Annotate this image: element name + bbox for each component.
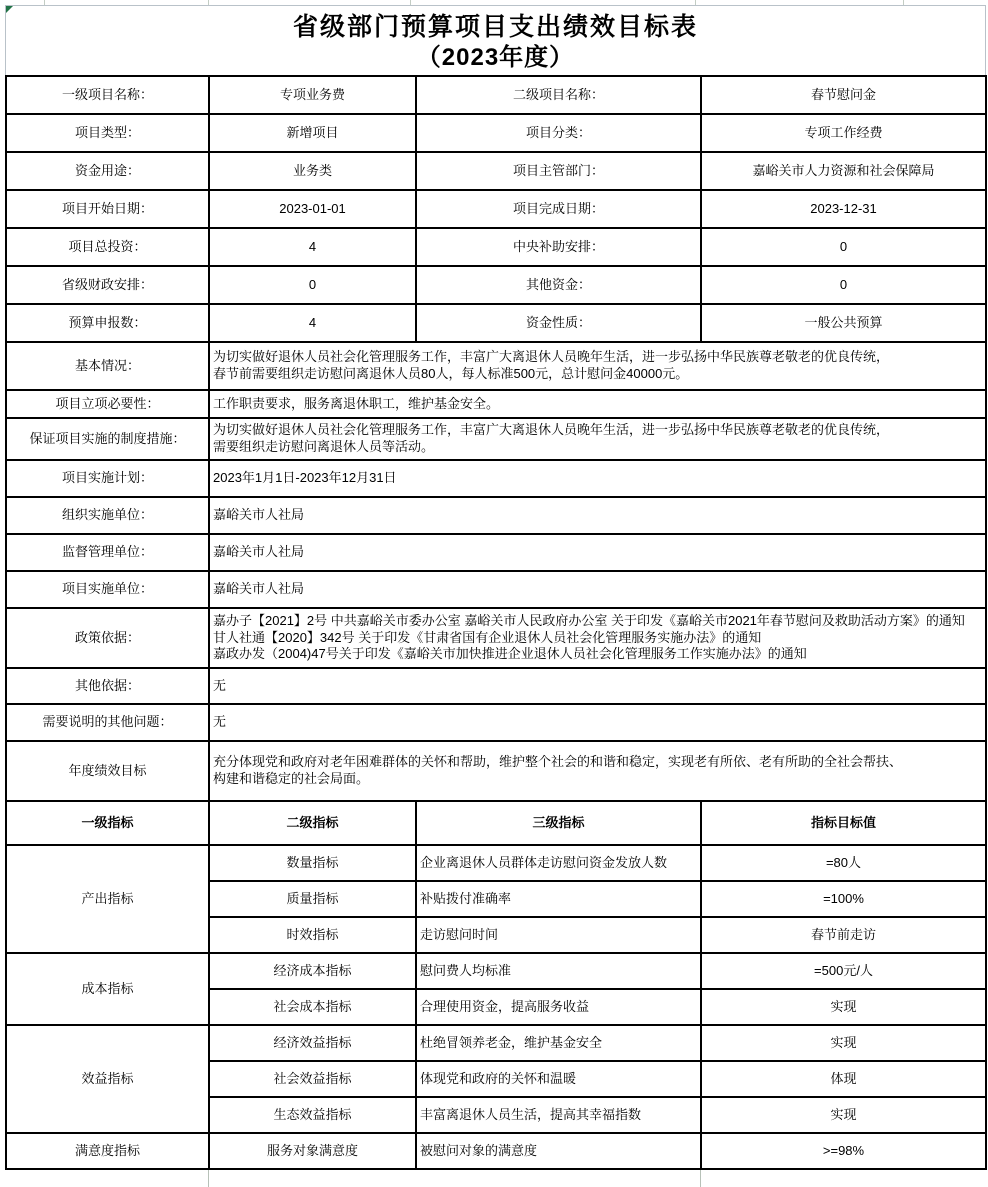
info-value-cell: 专项业务费 bbox=[209, 76, 416, 114]
indicator-target-cell: =80人 bbox=[701, 845, 986, 881]
info-label-cell: 项目开始日期： bbox=[6, 190, 209, 228]
indicator-level1-cell: 效益指标 bbox=[6, 1025, 209, 1133]
table-row: 资金用途：业务类项目主管部门：嘉峪关市人力资源和社会保障局 bbox=[6, 152, 986, 190]
indicator-target-cell: 春节前走访 bbox=[701, 917, 986, 953]
indicator-level1-cell: 满意度指标 bbox=[6, 1133, 209, 1169]
table-row: 保证项目实施的制度措施：为切实做好退休人员社会化管理服务工作，丰富广大离退休人员… bbox=[6, 418, 986, 460]
page-subtitle-year: （2023年度） bbox=[6, 43, 985, 73]
text-line: 嘉办子【2021】2号 中共嘉峪关市委办公室 嘉峪关市人民政府办公室 关于印发《… bbox=[213, 613, 982, 630]
info-label-cell: 项目总投资： bbox=[6, 228, 209, 266]
indicator-level3-cell: 企业离退休人员群体走访慰问资金发放人数 bbox=[416, 845, 701, 881]
indicator-level3-cell: 丰富离退休人员生活，提高其幸福指数 bbox=[416, 1097, 701, 1133]
indicator-header-cell: 一级指标 bbox=[6, 801, 209, 845]
detail-content-cell: 为切实做好退休人员社会化管理服务工作，丰富广大离退休人员晚年生活，进一步弘扬中华… bbox=[209, 418, 986, 460]
info-label-cell: 中央补助安排： bbox=[416, 228, 701, 266]
info-value-cell: 一般公共预算 bbox=[701, 304, 986, 342]
detail-label-cell: 基本情况： bbox=[6, 342, 209, 390]
table-row: 一级项目名称：专项业务费二级项目名称：春节慰问金 bbox=[6, 76, 986, 114]
detail-content-cell: 嘉峪关市人社局 bbox=[209, 497, 986, 534]
info-label-cell: 项目类型： bbox=[6, 114, 209, 152]
indicator-level2-cell: 经济效益指标 bbox=[209, 1025, 416, 1061]
indicator-target-cell: =500元/人 bbox=[701, 953, 986, 989]
info-value-cell: 4 bbox=[209, 228, 416, 266]
indicator-target-cell: =100% bbox=[701, 881, 986, 917]
table-row: 成本指标经济成本指标慰问费人均标准=500元/人 bbox=[6, 953, 986, 989]
text-line: 甘人社通【2020】342号 关于印发《甘肃省国有企业退休人员社会化管理服务实施… bbox=[213, 630, 982, 647]
table-row: 其他依据：无 bbox=[6, 668, 986, 704]
indicator-level2-cell: 时效指标 bbox=[209, 917, 416, 953]
detail-content-cell: 充分体现党和政府对老年困难群体的关怀和帮助，维护整个社会的和谐和稳定，实现老有所… bbox=[209, 741, 986, 801]
indicator-target-cell: 体现 bbox=[701, 1061, 986, 1097]
info-value-cell: 业务类 bbox=[209, 152, 416, 190]
spreadsheet-page: 省级部门预算项目支出绩效目标表 （2023年度） 一级项目名称：专项业务费二级项… bbox=[0, 0, 988, 1187]
detail-label-cell: 项目实施计划： bbox=[6, 460, 209, 497]
indicator-level3-cell: 杜绝冒领养老金，维护基金安全 bbox=[416, 1025, 701, 1061]
indicator-level3-cell: 走访慰问时间 bbox=[416, 917, 701, 953]
info-label-cell: 资金性质： bbox=[416, 304, 701, 342]
table-row: 项目实施单位：嘉峪关市人社局 bbox=[6, 571, 986, 608]
table-row: 满意度指标服务对象满意度被慰问对象的满意度>=98% bbox=[6, 1133, 986, 1169]
info-label-cell: 二级项目名称： bbox=[416, 76, 701, 114]
text-line: 为切实做好退休人员社会化管理服务工作，丰富广大离退休人员晚年生活，进一步弘扬中华… bbox=[213, 422, 982, 439]
detail-label-cell: 其他依据： bbox=[6, 668, 209, 704]
table-row: 需要说明的其他问题：无 bbox=[6, 704, 986, 741]
text-line: 嘉峪关市人社局 bbox=[213, 544, 982, 561]
indicator-target-cell: 实现 bbox=[701, 1025, 986, 1061]
detail-label-cell: 政策依据： bbox=[6, 608, 209, 668]
indicator-level3-cell: 体现党和政府的关怀和温暖 bbox=[416, 1061, 701, 1097]
indicator-level3-cell: 补贴拨付准确率 bbox=[416, 881, 701, 917]
text-line: 无 bbox=[213, 714, 982, 731]
table-row: 组织实施单位：嘉峪关市人社局 bbox=[6, 497, 986, 534]
info-value-cell: 嘉峪关市人力资源和社会保障局 bbox=[701, 152, 986, 190]
detail-content-cell: 为切实做好退休人员社会化管理服务工作，丰富广大离退休人员晚年生活，进一步弘扬中华… bbox=[209, 342, 986, 390]
text-line: 工作职责要求，服务离退休职工，维护基金安全。 bbox=[213, 396, 982, 413]
detail-label-cell: 项目立项必要性： bbox=[6, 390, 209, 418]
gridline-stub bbox=[208, 1170, 209, 1187]
info-value-cell: 专项工作经费 bbox=[701, 114, 986, 152]
info-value-cell: 4 bbox=[209, 304, 416, 342]
table-row: 项目开始日期：2023-01-01项目完成日期：2023-12-31 bbox=[6, 190, 986, 228]
table-row: 效益指标经济效益指标杜绝冒领养老金，维护基金安全实现 bbox=[6, 1025, 986, 1061]
indicator-level2-cell: 社会成本指标 bbox=[209, 989, 416, 1025]
detail-content-cell: 无 bbox=[209, 668, 986, 704]
detail-label-cell: 年度绩效目标 bbox=[6, 741, 209, 801]
table-row: 产出指标数量指标企业离退休人员群体走访慰问资金发放人数=80人 bbox=[6, 845, 986, 881]
performance-target-table: 一级项目名称：专项业务费二级项目名称：春节慰问金项目类型：新增项目项目分类：专项… bbox=[5, 75, 987, 1170]
indicator-header-cell: 指标目标值 bbox=[701, 801, 986, 845]
table-row: 项目总投资：4中央补助安排：0 bbox=[6, 228, 986, 266]
indicator-header-cell: 三级指标 bbox=[416, 801, 701, 845]
indicator-level1-cell: 产出指标 bbox=[6, 845, 209, 953]
detail-label-cell: 组织实施单位： bbox=[6, 497, 209, 534]
text-line: 充分体现党和政府对老年困难群体的关怀和帮助，维护整个社会的和谐和稳定，实现老有所… bbox=[213, 754, 982, 771]
text-line: 需要组织走访慰问离退休人员等活动。 bbox=[213, 439, 982, 456]
table-row: 项目立项必要性：工作职责要求，服务离退休职工，维护基金安全。 bbox=[6, 390, 986, 418]
table-row: 年度绩效目标充分体现党和政府对老年困难群体的关怀和帮助，维护整个社会的和谐和稳定… bbox=[6, 741, 986, 801]
info-label-cell: 项目完成日期： bbox=[416, 190, 701, 228]
table-row: 预算申报数：4资金性质：一般公共预算 bbox=[6, 304, 986, 342]
table-row: 政策依据：嘉办子【2021】2号 中共嘉峪关市委办公室 嘉峪关市人民政府办公室 … bbox=[6, 608, 986, 668]
text-line: 构建和谐稳定的社会局面。 bbox=[213, 771, 982, 788]
indicator-level3-cell: 合理使用资金，提高服务收益 bbox=[416, 989, 701, 1025]
detail-content-cell: 嘉办子【2021】2号 中共嘉峪关市委办公室 嘉峪关市人民政府办公室 关于印发《… bbox=[209, 608, 986, 668]
indicator-level1-cell: 成本指标 bbox=[6, 953, 209, 1025]
info-label-cell: 省级财政安排： bbox=[6, 266, 209, 304]
table-row: 项目类型：新增项目项目分类：专项工作经费 bbox=[6, 114, 986, 152]
indicator-level2-cell: 经济成本指标 bbox=[209, 953, 416, 989]
indicator-target-cell: >=98% bbox=[701, 1133, 986, 1169]
indicator-target-cell: 实现 bbox=[701, 1097, 986, 1133]
info-value-cell: 0 bbox=[701, 266, 986, 304]
gridline-stub bbox=[700, 1170, 701, 1187]
indicator-level3-cell: 慰问费人均标准 bbox=[416, 953, 701, 989]
detail-content-cell: 2023年1月1日-2023年12月31日 bbox=[209, 460, 986, 497]
indicator-level2-cell: 质量指标 bbox=[209, 881, 416, 917]
info-value-cell: 新增项目 bbox=[209, 114, 416, 152]
detail-label-cell: 需要说明的其他问题： bbox=[6, 704, 209, 741]
table-row: 省级财政安排：0其他资金：0 bbox=[6, 266, 986, 304]
detail-content-cell: 工作职责要求，服务离退休职工，维护基金安全。 bbox=[209, 390, 986, 418]
indicator-header-cell: 二级指标 bbox=[209, 801, 416, 845]
detail-label-cell: 项目实施单位： bbox=[6, 571, 209, 608]
detail-content-cell: 嘉峪关市人社局 bbox=[209, 571, 986, 608]
info-value-cell: 0 bbox=[209, 266, 416, 304]
text-line: 为切实做好退休人员社会化管理服务工作，丰富广大离退休人员晚年生活，进一步弘扬中华… bbox=[213, 349, 982, 366]
indicator-level2-cell: 生态效益指标 bbox=[209, 1097, 416, 1133]
info-value-cell: 2023-12-31 bbox=[701, 190, 986, 228]
detail-content-cell: 嘉峪关市人社局 bbox=[209, 534, 986, 571]
info-label-cell: 其他资金： bbox=[416, 266, 701, 304]
table-row: 基本情况：为切实做好退休人员社会化管理服务工作，丰富广大离退休人员晚年生活，进一… bbox=[6, 342, 986, 390]
detail-label-cell: 保证项目实施的制度措施： bbox=[6, 418, 209, 460]
info-label-cell: 资金用途： bbox=[6, 152, 209, 190]
table-row: 一级指标二级指标三级指标指标目标值 bbox=[6, 801, 986, 845]
text-line: 嘉峪关市人社局 bbox=[213, 507, 982, 524]
info-label-cell: 项目主管部门： bbox=[416, 152, 701, 190]
text-line: 无 bbox=[213, 678, 982, 695]
detail-label-cell: 监督管理单位： bbox=[6, 534, 209, 571]
table-title-cell: 省级部门预算项目支出绩效目标表 （2023年度） bbox=[5, 5, 986, 76]
table-row: 项目实施计划：2023年1月1日-2023年12月31日 bbox=[6, 460, 986, 497]
info-label-cell: 项目分类： bbox=[416, 114, 701, 152]
info-value-cell: 春节慰问金 bbox=[701, 76, 986, 114]
info-label-cell: 一级项目名称： bbox=[6, 76, 209, 114]
indicator-level2-cell: 社会效益指标 bbox=[209, 1061, 416, 1097]
indicator-target-cell: 实现 bbox=[701, 989, 986, 1025]
page-title: 省级部门预算项目支出绩效目标表 bbox=[6, 11, 985, 43]
text-line: 2023年1月1日-2023年12月31日 bbox=[213, 470, 982, 487]
indicator-level3-cell: 被慰问对象的满意度 bbox=[416, 1133, 701, 1169]
text-line: 春节前需要组织走访慰问离退休人员80人，每人标准500元，总计慰问金40000元… bbox=[213, 366, 982, 383]
info-value-cell: 0 bbox=[701, 228, 986, 266]
table-row: 监督管理单位：嘉峪关市人社局 bbox=[6, 534, 986, 571]
detail-content-cell: 无 bbox=[209, 704, 986, 741]
text-line: 嘉政办发（2004)47号关于印发《嘉峪关市加快推进企业退休人员社会化管理服务工… bbox=[213, 646, 982, 663]
text-line: 嘉峪关市人社局 bbox=[213, 581, 982, 598]
excel-error-triangle-icon bbox=[6, 6, 13, 13]
info-label-cell: 预算申报数： bbox=[6, 304, 209, 342]
indicator-level2-cell: 服务对象满意度 bbox=[209, 1133, 416, 1169]
indicator-level2-cell: 数量指标 bbox=[209, 845, 416, 881]
info-value-cell: 2023-01-01 bbox=[209, 190, 416, 228]
